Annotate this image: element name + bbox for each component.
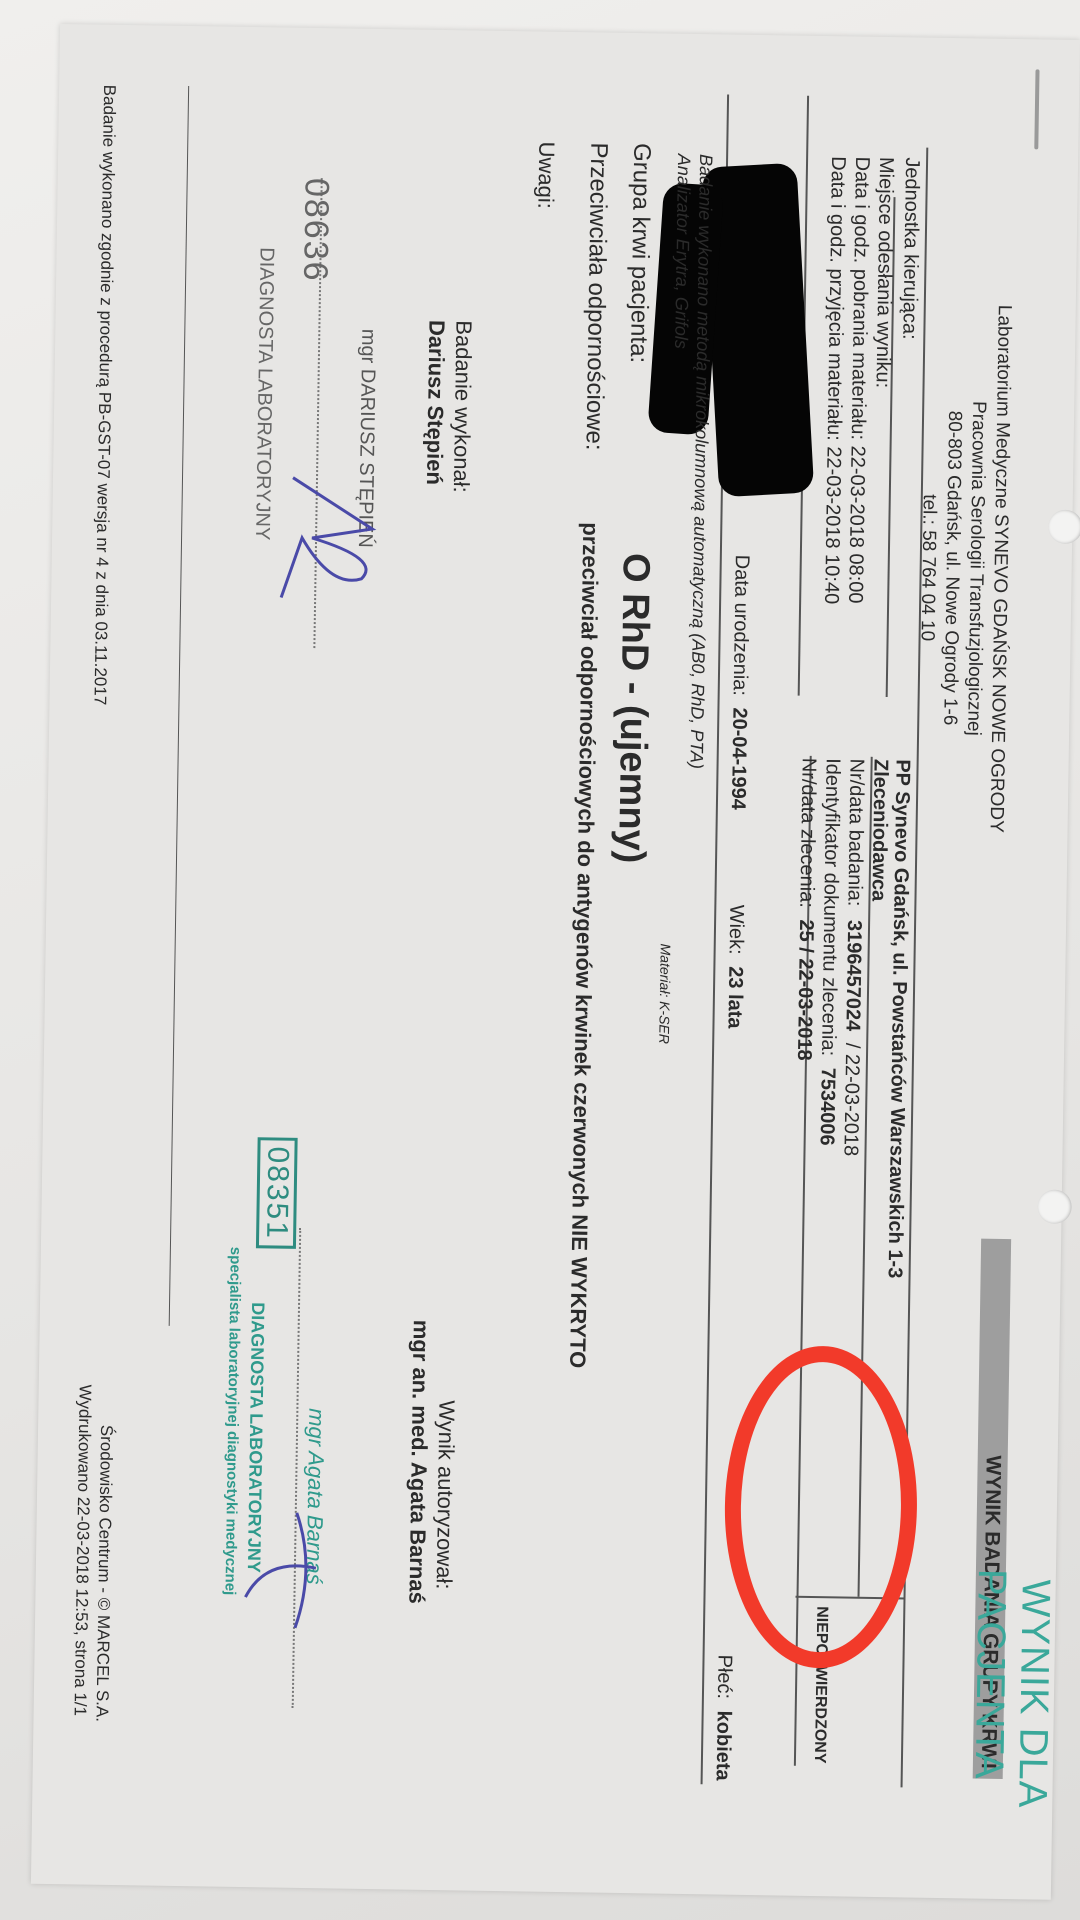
sex: Płeć: kobieta <box>711 1654 737 1780</box>
notes-label: Uwagi: <box>533 141 558 209</box>
ordering-party-label: Zleceniodawca <box>866 759 892 902</box>
blood-group-label: Grupa krwi pacjenta: <box>626 143 653 363</box>
lab-result-sheet: Laboratorium Medyczne SYNEVO GDAŃSK NOWE… <box>31 24 1080 1900</box>
analyzer: Analizator Erytra, Grifols <box>669 154 696 349</box>
authorized-by-name: mgr an. med. Agata Barnaś <box>404 1320 432 1604</box>
red-highlight-circle <box>722 1345 919 1670</box>
performed-by-label: Badanie wykonał: <box>449 320 476 493</box>
age: Wiek: 23 lata <box>722 905 748 1029</box>
procedure-note: Badanie wykonano zgodnie z procedurą PB-… <box>87 85 121 706</box>
birth-date: Data urodzenia: 20-04-1994 <box>726 555 754 810</box>
punch-hole <box>1048 510 1080 545</box>
order-number: Nr/data zlecenia: 25 / 22-03-2018 <box>792 758 821 1061</box>
performer-signature <box>271 467 393 609</box>
blood-group-value: O RhD - (ujemny) <box>609 553 657 864</box>
material: Materiał: K-SER <box>652 943 678 1044</box>
authorizer-signature <box>235 1507 337 1649</box>
title-wynik-dla: WYNIK DLA <box>1012 1579 1056 1809</box>
referring-unit-label: Jednostka kierująca: <box>897 157 924 340</box>
performed-by-name: Dariusz Stępień <box>422 320 449 485</box>
footer-divider <box>169 86 189 1326</box>
send-result-to-label: Miejsce odesłania wyniku: <box>871 157 899 389</box>
title-pacjenta: PACJENTA <box>969 1568 1012 1780</box>
antibodies-value: przeciwciał odpornościowych do antygenów… <box>565 522 602 1368</box>
staple-mark <box>1034 69 1039 149</box>
antibodies-label: Przeciwciała odpornościowe: <box>581 142 610 450</box>
lab-header: Laboratorium Medyczne SYNEVO GDAŃSK NOWE… <box>907 38 1020 1099</box>
authorizer-stamp-number: 08351 <box>256 1137 298 1249</box>
performer-stamp-number: 08636 <box>295 178 336 283</box>
authorized-by-label: Wynik autoryzował: <box>432 1400 459 1590</box>
